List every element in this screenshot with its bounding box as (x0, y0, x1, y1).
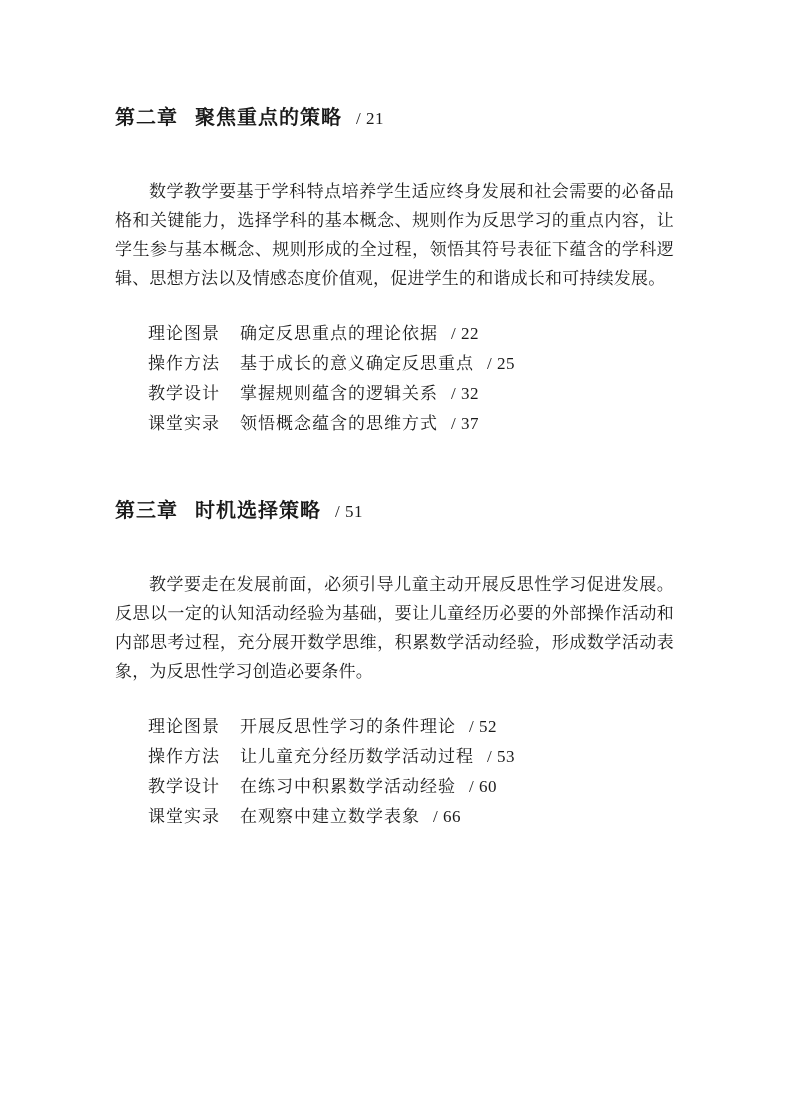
toc-item: 操作方法让儿童充分经历数学活动过程/ 53 (148, 742, 674, 772)
toc-item-title: 开展反思性学习的条件理论 (240, 717, 456, 736)
chapter-3-heading: 第三章时机选择策略/ 51 (115, 497, 674, 526)
toc-item-title: 在练习中积累数学活动经验 (240, 777, 456, 796)
toc-list: 理论图景开展反思性学习的条件理论/ 52 操作方法让儿童充分经历数学活动过程/ … (148, 712, 674, 832)
chapter-number: 第二章 (115, 107, 178, 129)
toc-item-page-number: / 66 (433, 807, 461, 826)
chapter-2-heading: 第二章聚焦重点的策略/ 21 (115, 104, 674, 133)
toc-item-page-number: / 22 (451, 324, 479, 343)
toc-list: 理论图景确定反思重点的理论依据/ 22 操作方法基于成长的意义确定反思重点/ 2… (148, 319, 674, 439)
toc-item-title: 让儿童充分经历数学活动过程 (240, 747, 474, 766)
toc-item-label: 操作方法 (148, 354, 220, 373)
chapter-page-number: / 51 (335, 502, 363, 521)
toc-item-label: 课堂实录 (148, 807, 220, 826)
toc-item-title: 在观察中建立数学表象 (240, 807, 420, 826)
toc-item: 教学设计掌握规则蕴含的逻辑关系/ 32 (148, 379, 674, 409)
toc-item-label: 课堂实录 (148, 414, 220, 433)
chapter-3-section: 第三章时机选择策略/ 51 教学要走在发展前面，必须引导儿童主动开展反思性学习促… (115, 497, 674, 832)
toc-item-title: 领悟概念蕴含的思维方式 (240, 414, 438, 433)
toc-item-title: 掌握规则蕴含的逻辑关系 (240, 384, 438, 403)
toc-item-label: 教学设计 (148, 777, 220, 796)
chapter-title: 时机选择策略 (195, 500, 321, 522)
toc-item-page-number: / 25 (487, 354, 515, 373)
chapter-number: 第三章 (115, 500, 178, 522)
toc-item-title: 确定反思重点的理论依据 (240, 324, 438, 343)
toc-item: 操作方法基于成长的意义确定反思重点/ 25 (148, 349, 674, 379)
toc-item-page-number: / 60 (469, 777, 497, 796)
chapter-title: 聚焦重点的策略 (195, 107, 342, 129)
chapter-2-section: 第二章聚焦重点的策略/ 21 数学教学要基于学科特点培养学生适应终身发展和社会需… (115, 104, 674, 439)
chapter-intro: 教学要走在发展前面，必须引导儿童主动开展反思性学习促进发展。反思以一定的认知活动… (115, 570, 674, 686)
toc-item: 课堂实录在观察中建立数学表象/ 66 (148, 802, 674, 832)
toc-item-label: 理论图景 (148, 717, 220, 736)
chapter-page-number: / 21 (356, 109, 384, 128)
toc-item-page-number: / 52 (469, 717, 497, 736)
book-toc-page: 第二章聚焦重点的策略/ 21 数学教学要基于学科特点培养学生适应终身发展和社会需… (0, 0, 790, 1106)
toc-item-label: 教学设计 (148, 384, 220, 403)
toc-item: 教学设计在练习中积累数学活动经验/ 60 (148, 772, 674, 802)
toc-item: 课堂实录领悟概念蕴含的思维方式/ 37 (148, 409, 674, 439)
chapter-intro: 数学教学要基于学科特点培养学生适应终身发展和社会需要的必备品格和关键能力，选择学… (115, 177, 674, 293)
toc-item-label: 操作方法 (148, 747, 220, 766)
toc-item-label: 理论图景 (148, 324, 220, 343)
toc-item: 理论图景确定反思重点的理论依据/ 22 (148, 319, 674, 349)
toc-item-page-number: / 32 (451, 384, 479, 403)
toc-item-page-number: / 53 (487, 747, 515, 766)
toc-item: 理论图景开展反思性学习的条件理论/ 52 (148, 712, 674, 742)
toc-item-page-number: / 37 (451, 414, 479, 433)
toc-item-title: 基于成长的意义确定反思重点 (240, 354, 474, 373)
